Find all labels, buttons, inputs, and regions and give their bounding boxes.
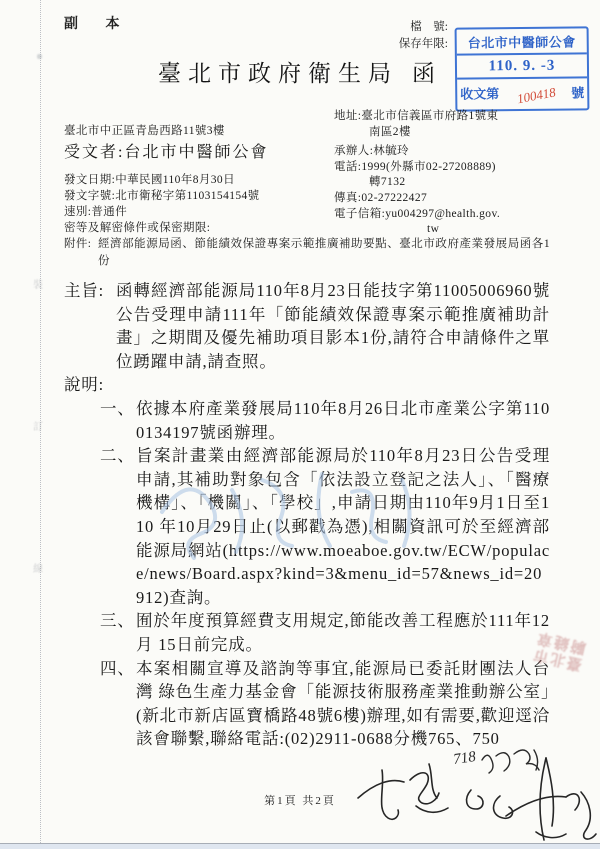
- stamp-date: 110. 9. -3: [457, 54, 587, 79]
- attachment-line: 附件: 經濟部能源局函、節能績效保證專案示範推廣補助要點、臺北市政府產業發展局函…: [64, 236, 550, 269]
- subject-paragraph: 主旨: 函轉經濟部能源局110年8月23日能技字第11005006960號公告受…: [64, 279, 550, 373]
- email-line-1: 電子信箱:yu004297@health.gov.: [334, 207, 592, 223]
- subject-label: 主旨:: [64, 279, 116, 373]
- explanation-label: 說明:: [64, 373, 550, 397]
- item-1-text: 依據本府產業發展局110年8月26日北市產業公字第1100134197號函辦理。: [136, 397, 550, 444]
- binding-mark-ding: 訂: [33, 418, 43, 433]
- doc-meta-left: 發文日期:中華民國110年8月30日 發文字號:北市衛秘字第1103154154…: [64, 172, 260, 236]
- addressee-street: 臺北市中正區青島西路11號3樓: [64, 123, 225, 139]
- stamp-receipt-suffix: 號: [571, 82, 584, 101]
- explanation-item-1: 一、 依據本府產業發展局110年8月26日北市產業公字第1100134197號函…: [64, 397, 550, 444]
- sender-address-1: 地址:臺北市信義區市府路1號東: [334, 109, 592, 125]
- faint-blue-scribble: [140, 450, 450, 590]
- item-4-text: 本案相關宣導及諮詢等事宜,能源局已委託財團法人台灣 綠色生產力基金會「能源技術服…: [136, 657, 550, 751]
- handwritten-extension-note: 718: [452, 749, 477, 768]
- addressee-line: 受文者:台北市中醫師公會: [64, 139, 268, 162]
- attachment-text: 經濟部能源局函、節能績效保證專案示範推廣補助要點、臺北市政府產業發展局函各1份: [98, 236, 550, 269]
- sender-address-2: 南區2樓: [334, 125, 592, 141]
- stamp-receipt-prefix: 收文第: [460, 83, 499, 102]
- fax-line: 傳真:02-27222427: [334, 191, 592, 207]
- item-1-number: 一、: [100, 397, 136, 444]
- secrecy-line: 密等及解密條件或保密期限:: [64, 220, 260, 236]
- doc-number: 發文字號:北市衛秘字第1103154154號: [64, 188, 260, 204]
- stamp-org: 台北市中醫師公會: [457, 28, 587, 55]
- signature-ink: 718: [330, 740, 600, 849]
- contact-person: 承辦人:林毓玲: [334, 144, 592, 160]
- explanation-item-4: 四、 本案相關宣導及諮詢等事宜,能源局已委託財團法人台灣 綠色生產力基金會「能源…: [64, 657, 550, 751]
- speed-class: 速別:普通件: [64, 204, 260, 220]
- doc-meta-right: 地址:臺北市信義區市府路1號東 南區2樓 承辦人:林毓玲 電話:1999(外縣市…: [334, 109, 592, 238]
- item-3-number: 三、: [100, 609, 136, 656]
- receipt-stamp: 台北市中醫師公會 110. 9. -3 收文第 100418 號: [455, 26, 590, 111]
- item-2-number: 二、: [100, 444, 136, 609]
- stamp-receipt-row: 收文第 100418 號: [457, 78, 587, 109]
- letter-title-type: 函: [412, 61, 442, 86]
- retention-label: 保存年限:: [366, 36, 448, 53]
- item-3-text: 囿於年度預算經費支用規定,節能改善工程應於111年12月 15日前完成。: [136, 609, 550, 656]
- file-number-block: 檔 號: 保存年限:: [366, 19, 448, 53]
- binding-mark-zhuang: 裝: [33, 276, 43, 291]
- scan-bottom-edge: [0, 843, 600, 849]
- binding-mark-xian: 線: [33, 560, 43, 575]
- letter-title-org: 臺北市政府衛生局: [158, 61, 398, 86]
- phone-line-1: 電話:1999(外縣市02-27208889): [334, 160, 592, 176]
- stamp-receipt-number: 100418: [515, 84, 557, 110]
- scanned-official-letter: 裝 訂 線 副 本 檔 號: 保存年限: 臺北市政府衛生局函 台北市中醫師公會 …: [0, 0, 600, 849]
- item-4-number: 四、: [100, 657, 136, 751]
- explanation-item-3: 三、 囿於年度預算經費支用規定,節能改善工程應於111年12月 15日前完成。: [64, 609, 550, 656]
- copy-label: 副 本: [64, 13, 132, 33]
- subject-text: 函轉經濟部能源局110年8月23日能技字第11005006960號公告受理申請1…: [116, 279, 550, 373]
- phone-line-2: 轉7132: [334, 175, 592, 191]
- file-no-label: 檔 號:: [366, 19, 448, 36]
- attachment-label: 附件:: [64, 236, 98, 269]
- issue-date: 發文日期:中華民國110年8月30日: [64, 172, 260, 188]
